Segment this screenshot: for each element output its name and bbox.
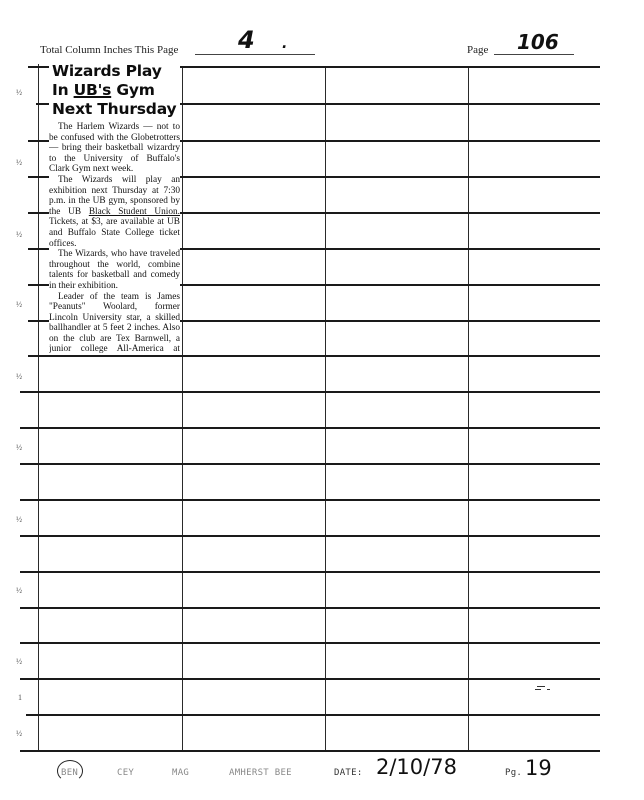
grid-row-line (20, 391, 600, 393)
footer-source-ben: BEN (61, 768, 78, 778)
margin-mark: 1 (18, 693, 22, 702)
stray-pen-mark (535, 689, 541, 690)
article-paragraph-1: The Harlem Wizards — not to be confused … (49, 122, 180, 175)
grid-column-divider-1 (182, 66, 183, 751)
footer-pg-label: Pg. (505, 768, 522, 778)
headline-line-2: In UB's Gym (52, 81, 180, 100)
article-paragraph-4: Leader of the team is James "Peanuts" Wo… (49, 292, 180, 355)
newspaper-clipping: Wizards Play In UB's Gym Next Thursday T… (49, 62, 180, 354)
margin-mark: ½ (16, 88, 22, 97)
page-underline (494, 54, 574, 55)
page-label: Page (467, 44, 488, 56)
grid-row-line (20, 499, 600, 501)
footer-pg-value: 19 (525, 756, 552, 780)
article-paragraph-2: The Wizards will play an exhibition next… (49, 175, 180, 249)
total-column-inches-mark: . (282, 36, 287, 52)
grid-row-line (20, 463, 600, 465)
headline-line-1: Wizards Play (52, 62, 180, 81)
grid-row-line (20, 607, 600, 609)
footer-publication-name: AMHERST BEE (229, 768, 292, 778)
article-body: The Harlem Wizards — not to be confused … (49, 122, 180, 354)
grid-row-line (20, 427, 600, 429)
paragraph-2-after: Tickets, at $3, are available at UB and … (49, 217, 180, 248)
grid-left-border (38, 64, 39, 751)
margin-mark: ½ (16, 729, 22, 738)
margin-mark: ½ (16, 586, 22, 595)
margin-mark: ½ (16, 657, 22, 666)
total-column-inches-value: 4 (238, 26, 255, 54)
paragraph-2-underlined: Black Student Union. (89, 207, 180, 217)
margin-mark: ½ (16, 230, 22, 239)
article-headline: Wizards Play In UB's Gym Next Thursday (49, 62, 180, 119)
total-column-inches-underline (195, 54, 315, 55)
grid-column-divider-2 (325, 66, 326, 751)
grid-column-divider-3 (468, 66, 469, 751)
footer-source-mag: MAG (172, 768, 189, 778)
grid-row-line (28, 355, 600, 357)
headline-line-2-prefix: In (52, 81, 74, 99)
margin-mark: ½ (16, 158, 22, 167)
grid-row-line (20, 535, 600, 537)
headline-line-2-suffix: Gym (111, 81, 155, 99)
page-number-value: 106 (517, 30, 559, 54)
footer-source-cey: CEY (117, 768, 134, 778)
margin-mark: ½ (16, 300, 22, 309)
total-column-inches-label: Total Column Inches This Page (40, 44, 178, 56)
headline-underlined-ub: UB's (74, 81, 112, 99)
grid-row-line (20, 571, 600, 573)
margin-mark: ½ (16, 372, 22, 381)
margin-mark: ½ (16, 515, 22, 524)
article-paragraph-3: The Wizards, who have traveled throughou… (49, 249, 180, 291)
grid-row-line (20, 750, 600, 752)
grid-row-line (20, 642, 600, 644)
footer-date-value: 2/10/78 (376, 755, 457, 779)
headline-line-3: Next Thursday (52, 100, 180, 119)
grid-row-line (20, 678, 600, 680)
grid-row-line (26, 714, 600, 716)
margin-mark: ½ (16, 443, 22, 452)
footer-date-label: DATE: (334, 768, 363, 778)
stray-pen-mark (547, 689, 550, 690)
stray-pen-mark (537, 686, 545, 687)
